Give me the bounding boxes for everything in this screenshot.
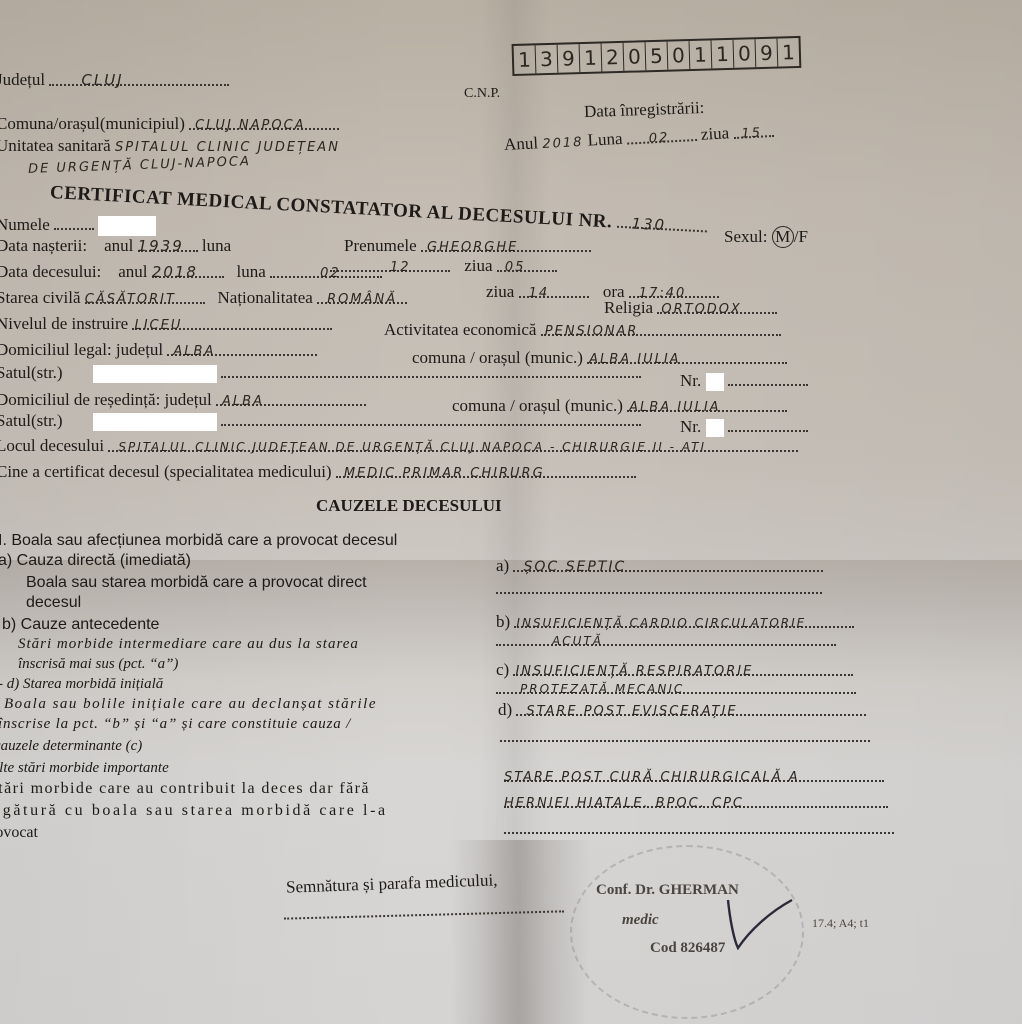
- unitatea-label: Unitatea sanitară: [0, 136, 111, 155]
- cause-b-value-row2: ACUTĂ: [496, 630, 836, 650]
- residence-street-redacted: [93, 413, 217, 431]
- cnp-digit: 0: [624, 42, 647, 71]
- civil-value: CĂSĂTORIT: [85, 292, 176, 307]
- legal-domicile-county: ALBA: [173, 344, 215, 359]
- activity-row: Activitatea economică PENSIONAR: [384, 320, 781, 340]
- nationality-value: ROMÂNĂ: [327, 292, 397, 307]
- cause-c-value-row: c) INSUFICIENȚĂ RESPIRATORIE: [496, 660, 853, 680]
- legal-domicile-row: Domiciliul legal: județul ALBA: [0, 340, 317, 360]
- sex-option-m: M: [772, 226, 794, 248]
- death-place-value: SPITALUL CLINIC JUDEȚEAN DE URGENȚĂ CLUJ…: [118, 440, 706, 454]
- prenume-label: Prenumele: [344, 236, 417, 255]
- registration-row: Anul 2018 Luna 02 ziua 15: [504, 121, 774, 157]
- comuna-value: CLUJ NAPOCA: [195, 118, 305, 133]
- cause-b-label: b) Cauze antecedente: [2, 614, 159, 635]
- death-year: 2018: [152, 263, 198, 281]
- certificate-number: 130: [631, 214, 667, 234]
- judetul-row: Județul CLUJ: [0, 70, 229, 90]
- activity-label: Activitatea economică: [384, 320, 536, 339]
- cause-cd-label: - d) Starea morbidă inițială: [0, 674, 163, 695]
- residence-nr-row: Nr.: [680, 416, 808, 437]
- other-value-row1: STARE POST CURĂ CHIRURGICALĂ A: [504, 766, 884, 786]
- cnp-digit: 1: [712, 40, 735, 69]
- cnp-digit: 1: [580, 43, 603, 72]
- other-desc3: provocat: [0, 822, 38, 843]
- other-desc1: Stări morbide care au contribuit la dece…: [0, 778, 370, 799]
- other-value1: STARE POST CURĂ CHIRURGICALĂ A: [504, 770, 800, 785]
- cause-c-value1: INSUFICIENȚĂ RESPIRATORIE: [515, 664, 753, 679]
- residence-street-row: Satul(str.): [0, 410, 641, 431]
- death-label: Data decesului:: [0, 262, 101, 281]
- legal-nr-label: Nr.: [680, 371, 701, 390]
- education-value: LICEU: [134, 318, 182, 333]
- certifier-value: MEDIC PRIMAR CHIRURG: [344, 466, 545, 481]
- cause-d-value: STARE POST EVISCERAȚIE: [526, 704, 737, 719]
- cause-cd-desc3: cauzele determinante (c): [0, 736, 142, 757]
- civil-label: Starea civilă: [0, 288, 81, 307]
- other-desc2: legătură cu boala sau starea morbidă car…: [0, 800, 388, 821]
- sex-label: Sexul:: [724, 227, 767, 246]
- death-day: 14: [529, 286, 550, 301]
- reg-month: 02: [648, 130, 669, 146]
- residence-row: Domiciliul de reședință: județul ALBA: [0, 390, 366, 410]
- signature-label: Semnătura și parafa medicului,: [286, 870, 498, 897]
- cause-b-value-row: b) INSUFICIENȚĂ CARDIO CIRCULATORIE: [496, 612, 854, 632]
- unitatea-value-line2: DE URGENȚĂ CLUJ-NAPOCA: [28, 154, 251, 177]
- religion-label: Religia: [604, 298, 653, 317]
- legal-street-redacted: [93, 365, 217, 383]
- signature-shadow: [450, 840, 590, 1024]
- prenume-row: Prenumele GHEORGHE: [344, 236, 591, 256]
- cause-cd-desc2: înscrise la pct. “b” și “a” și care cons…: [0, 714, 351, 735]
- activity-value: PENSIONAR: [545, 324, 639, 339]
- stamp-line1: Conf. Dr. GHERMAN: [596, 882, 739, 899]
- cause-a-desc1: Boala sau starea morbidă care a provocat…: [26, 572, 367, 593]
- cnp-label: C.N.P.: [464, 84, 500, 104]
- cause-a-value: ȘOC SEPTIC: [523, 559, 626, 575]
- birth-month: 12: [390, 260, 411, 275]
- birth-day: 05: [505, 260, 526, 275]
- cnp-digit: 9: [558, 44, 581, 73]
- reg-year: 2018: [542, 135, 584, 152]
- death-month: 02: [320, 266, 341, 281]
- cnp-digit: 1: [514, 45, 537, 74]
- legal-domicile-label: Domiciliul legal: județul: [0, 340, 163, 359]
- cause-b-value1: INSUFICIENȚĂ CARDIO CIRCULATORIE: [516, 616, 806, 630]
- residence-label: Domiciliul de reședință: județul: [0, 390, 212, 409]
- other-value2: HERNIEI HIATALE. BPOC. CPC: [504, 796, 744, 811]
- form-code: 17.4; A4; t1: [812, 916, 869, 931]
- residence-street-label: Satul(str.): [0, 411, 63, 430]
- judetul-value: CLUJ: [81, 71, 123, 89]
- cnp-boxes: 1391205011091: [512, 36, 802, 76]
- cnp-digit: 0: [734, 39, 757, 68]
- cause-cd-desc1: Boala sau bolile inițiale care au declan…: [4, 694, 377, 715]
- legal-street-row: Satul(str.): [0, 362, 641, 383]
- cnp-digit: 1: [778, 38, 800, 67]
- cause-b-desc2: înscrisă mai sus (pct. “a”): [18, 654, 178, 675]
- certifier-label: Cine a certificat decesul (specialitatea…: [0, 462, 332, 481]
- cnp-digit: 0: [668, 41, 691, 70]
- cause-d-blank: [500, 726, 870, 747]
- judetul-field: CLUJ: [49, 70, 229, 86]
- other-label: Alte stări morbide importante: [0, 758, 169, 779]
- death-place-label: Locul decesului: [0, 436, 104, 455]
- cause-c-value-row2: PROTEZATĂ MECANIC: [496, 678, 856, 698]
- reg-month-label: Luna: [587, 129, 623, 150]
- cause-b-value2: ACUTĂ: [552, 634, 603, 648]
- residence-nr-label: Nr.: [680, 417, 701, 436]
- comuna-field: CLUJ NAPOCA: [189, 114, 339, 130]
- nume-label: Numele: [0, 215, 50, 234]
- sex-row: Sexul: M/F: [724, 226, 808, 248]
- comuna-row: Comuna/orașul(municipiul) CLUJ NAPOCA: [0, 114, 339, 134]
- reg-year-label: Anul: [504, 133, 539, 154]
- cnp-digit: 5: [646, 42, 669, 71]
- signature-scribble-icon: [720, 890, 800, 960]
- judetul-label: Județul: [0, 70, 45, 89]
- cnp-digit: 2: [602, 43, 625, 72]
- stamp-line3: Cod 826487: [650, 940, 725, 957]
- cnp-digit: 3: [536, 45, 559, 74]
- birth-row: Data nașterii: anul 1939 luna: [0, 236, 231, 256]
- sex-option-f: F: [798, 227, 807, 246]
- cause-a-label: a) Cauza directă (imediată): [0, 550, 191, 571]
- education-label: Nivelul de instruire: [0, 314, 128, 333]
- legal-nr-row: Nr.: [680, 370, 808, 391]
- civil-row: Starea civilă CĂSĂTORIT Naționalitatea R…: [0, 288, 407, 308]
- other-blank: [504, 818, 894, 839]
- death-place-row: Locul decesului SPITALUL CLINIC JUDEȚEAN…: [0, 436, 798, 456]
- comuna-label: Comuna/orașul(municipiul): [0, 114, 185, 133]
- causes-intro: I. Boala sau afecțiunea morbidă care a p…: [0, 530, 397, 551]
- reg-day: 15: [741, 126, 762, 142]
- residence-nr-redacted: [706, 419, 724, 437]
- religion-value: ORTODOX: [661, 302, 741, 317]
- cause-a-desc2: decesul: [26, 592, 81, 613]
- cause-c-value2: PROTEZATĂ MECANIC: [520, 682, 684, 696]
- birth-year: 1939: [138, 237, 184, 255]
- signature-line: [284, 896, 564, 924]
- nume-row: Numele: [0, 214, 156, 236]
- religion-row: Religia ORTODOX: [604, 298, 777, 318]
- residence-county: ALBA: [222, 394, 264, 409]
- birth-label: Data nașterii:: [0, 236, 87, 255]
- cnp-digit: 9: [756, 39, 779, 68]
- nume-redacted: [98, 216, 156, 236]
- death-row: Data decesului: anul 2018 luna 02: [0, 262, 382, 282]
- cnp-digit: 1: [690, 40, 713, 69]
- other-value-row2: HERNIEI HIATALE. BPOC. CPC: [504, 792, 888, 812]
- certifier-row: Cine a certificat decesul (specialitatea…: [0, 462, 636, 482]
- legal-street-label: Satul(str.): [0, 363, 63, 382]
- reg-day-label: ziua: [700, 123, 729, 143]
- registration-label: Data înregistrării:: [584, 98, 705, 122]
- stamp-line2: medic: [622, 912, 659, 929]
- prenume-value: GHEORGHE: [427, 240, 518, 255]
- residence-city: ALBA IULIA: [629, 400, 720, 415]
- nationality-label: Naționalitatea: [218, 288, 313, 307]
- causes-title: CAUZELE DECESULUI: [316, 496, 502, 516]
- education-row: Nivelul de instruire LICEU: [0, 314, 332, 334]
- legal-nr-redacted: [706, 373, 724, 391]
- cause-d-value-row: d) STARE POST EVISCERAȚIE: [498, 700, 866, 720]
- cause-b-desc1: Stări morbide intermediare care au dus l…: [18, 634, 359, 655]
- cause-a-value-row: a) ȘOC SEPTIC: [496, 556, 823, 576]
- cause-a-blank: [496, 578, 822, 599]
